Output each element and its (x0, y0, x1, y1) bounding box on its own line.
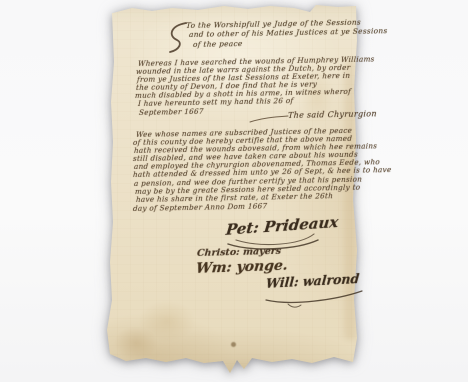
manuscript-photo: To the Worshipfull ye Judge of the Sessi… (0, 0, 468, 382)
signature-mayers: Christo: mayers (197, 246, 282, 259)
surgeon-attestation: The said Chyrurgion (288, 110, 377, 120)
body-line: September 1667 (139, 108, 204, 116)
stain (344, 60, 356, 340)
signature-yonge: Wm: yonge. (195, 258, 288, 277)
body-line: day of September Anno Dom 1667 (133, 202, 268, 212)
heading-line: of the peace (193, 40, 243, 48)
stain (231, 342, 236, 347)
stain (138, 300, 196, 342)
stain (114, 326, 158, 360)
